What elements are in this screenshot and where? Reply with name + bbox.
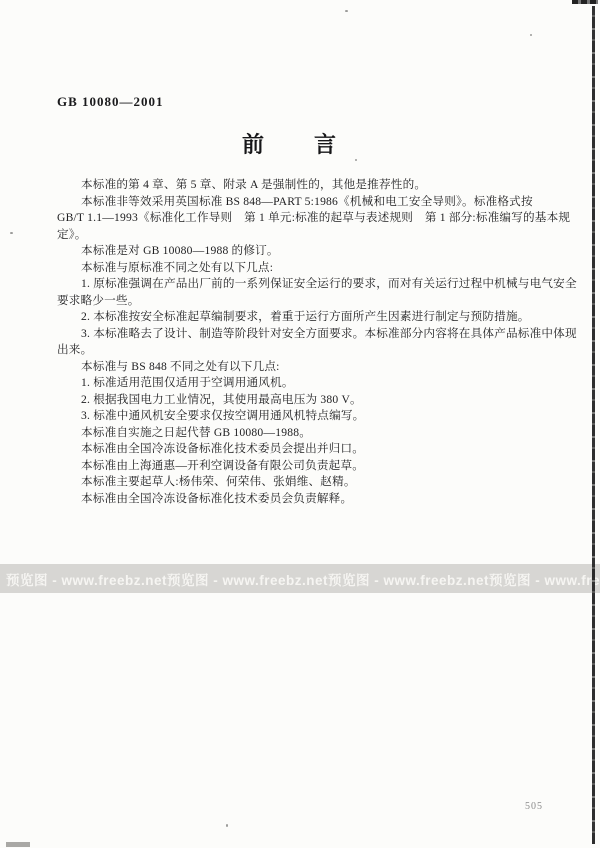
body-line: 本标准由全国冷冻设备标准化技术委员会提出并归口。 xyxy=(57,441,547,458)
body-line: 1. 标准适用范围仅适用于空调用通风机。 xyxy=(57,375,547,392)
body-line: 3. 标准中通风机安全要求仅按空调用通风机特点编写。 xyxy=(57,408,547,425)
body-line: 本标准是对 GB 10080—1988 的修订。 xyxy=(57,243,547,260)
watermark-text: 预览图 - www.freebz.net xyxy=(328,569,489,589)
doc-number: GB 10080—2001 xyxy=(57,94,164,110)
body-line: 本标准由全国冷冻设备标准化技术委员会负责解释。 xyxy=(57,491,547,508)
body-line: 本标准非等效采用英国标准 BS 848—PART 5:1986《机械和电工安全导… xyxy=(57,194,547,211)
scan-edge-artifact xyxy=(592,6,595,844)
document-page: GB 10080—2001 前 言 本标准的第 4 章、第 5 章、附录 A 是… xyxy=(0,0,600,848)
body-line: 本标准与 BS 848 不同之处有以下几点: xyxy=(57,359,547,376)
body-line: 本标准主要起草人:杨伟荣、何荣伟、张娟维、赵精。 xyxy=(57,474,547,491)
body-line: 本标准与原标准不同之处有以下几点: xyxy=(57,260,547,277)
watermark-text: 预览图 - www.freebz.net xyxy=(167,569,328,589)
body-line: 2. 本标准按安全标准起草编制要求，着重于运行方面所产生因素进行制定与预防措施。 xyxy=(57,309,547,326)
body-line: 本标准由上海通惠—开利空调设备有限公司负责起草。 xyxy=(57,458,547,475)
body-line: 本标准的第 4 章、第 5 章、附录 A 是强制性的，其他是推荐性的。 xyxy=(57,177,547,194)
page-number: 505 xyxy=(525,801,543,812)
scan-speck xyxy=(355,159,357,161)
scan-speck xyxy=(226,824,228,827)
body-line: 1. 原标准强调在产品出厂前的一系列保证安全运行的要求，而对有关运行过程中机械与… xyxy=(57,276,547,293)
body-line: 2. 根据我国电力工业情况，其使用最高电压为 380 V。 xyxy=(57,392,547,409)
watermark-text: 预览图 - www.freebz.net xyxy=(489,569,600,589)
body-line: 定》。 xyxy=(57,227,547,244)
body-line: 出来。 xyxy=(57,342,547,359)
scan-mark-artifact xyxy=(6,842,30,847)
scan-speck xyxy=(345,10,348,12)
body-line: 本标准自实施之日起代替 GB 10080—1988。 xyxy=(57,425,547,442)
body-text: 本标准的第 4 章、第 5 章、附录 A 是强制性的，其他是推荐性的。本标准非等… xyxy=(57,177,547,507)
scan-corner-artifact xyxy=(572,0,598,4)
body-line: 要求略少一些。 xyxy=(57,293,547,310)
watermark-text: 预览图 - www.freebz.net xyxy=(6,569,167,589)
body-line: 3. 本标准略去了设计、制造等阶段针对安全方面要求。本标准部分内容将在具体产品标… xyxy=(57,326,547,343)
page-title: 前 言 xyxy=(0,128,580,159)
watermark-band: 预览图 - www.freebz.net预览图 - www.freebz.net… xyxy=(0,564,600,593)
body-line: GB/T 1.1—1993《标准化工作导则 第 1 单元:标准的起草与表述规则 … xyxy=(57,210,547,227)
scan-speck xyxy=(10,232,13,234)
scan-speck xyxy=(530,34,532,36)
